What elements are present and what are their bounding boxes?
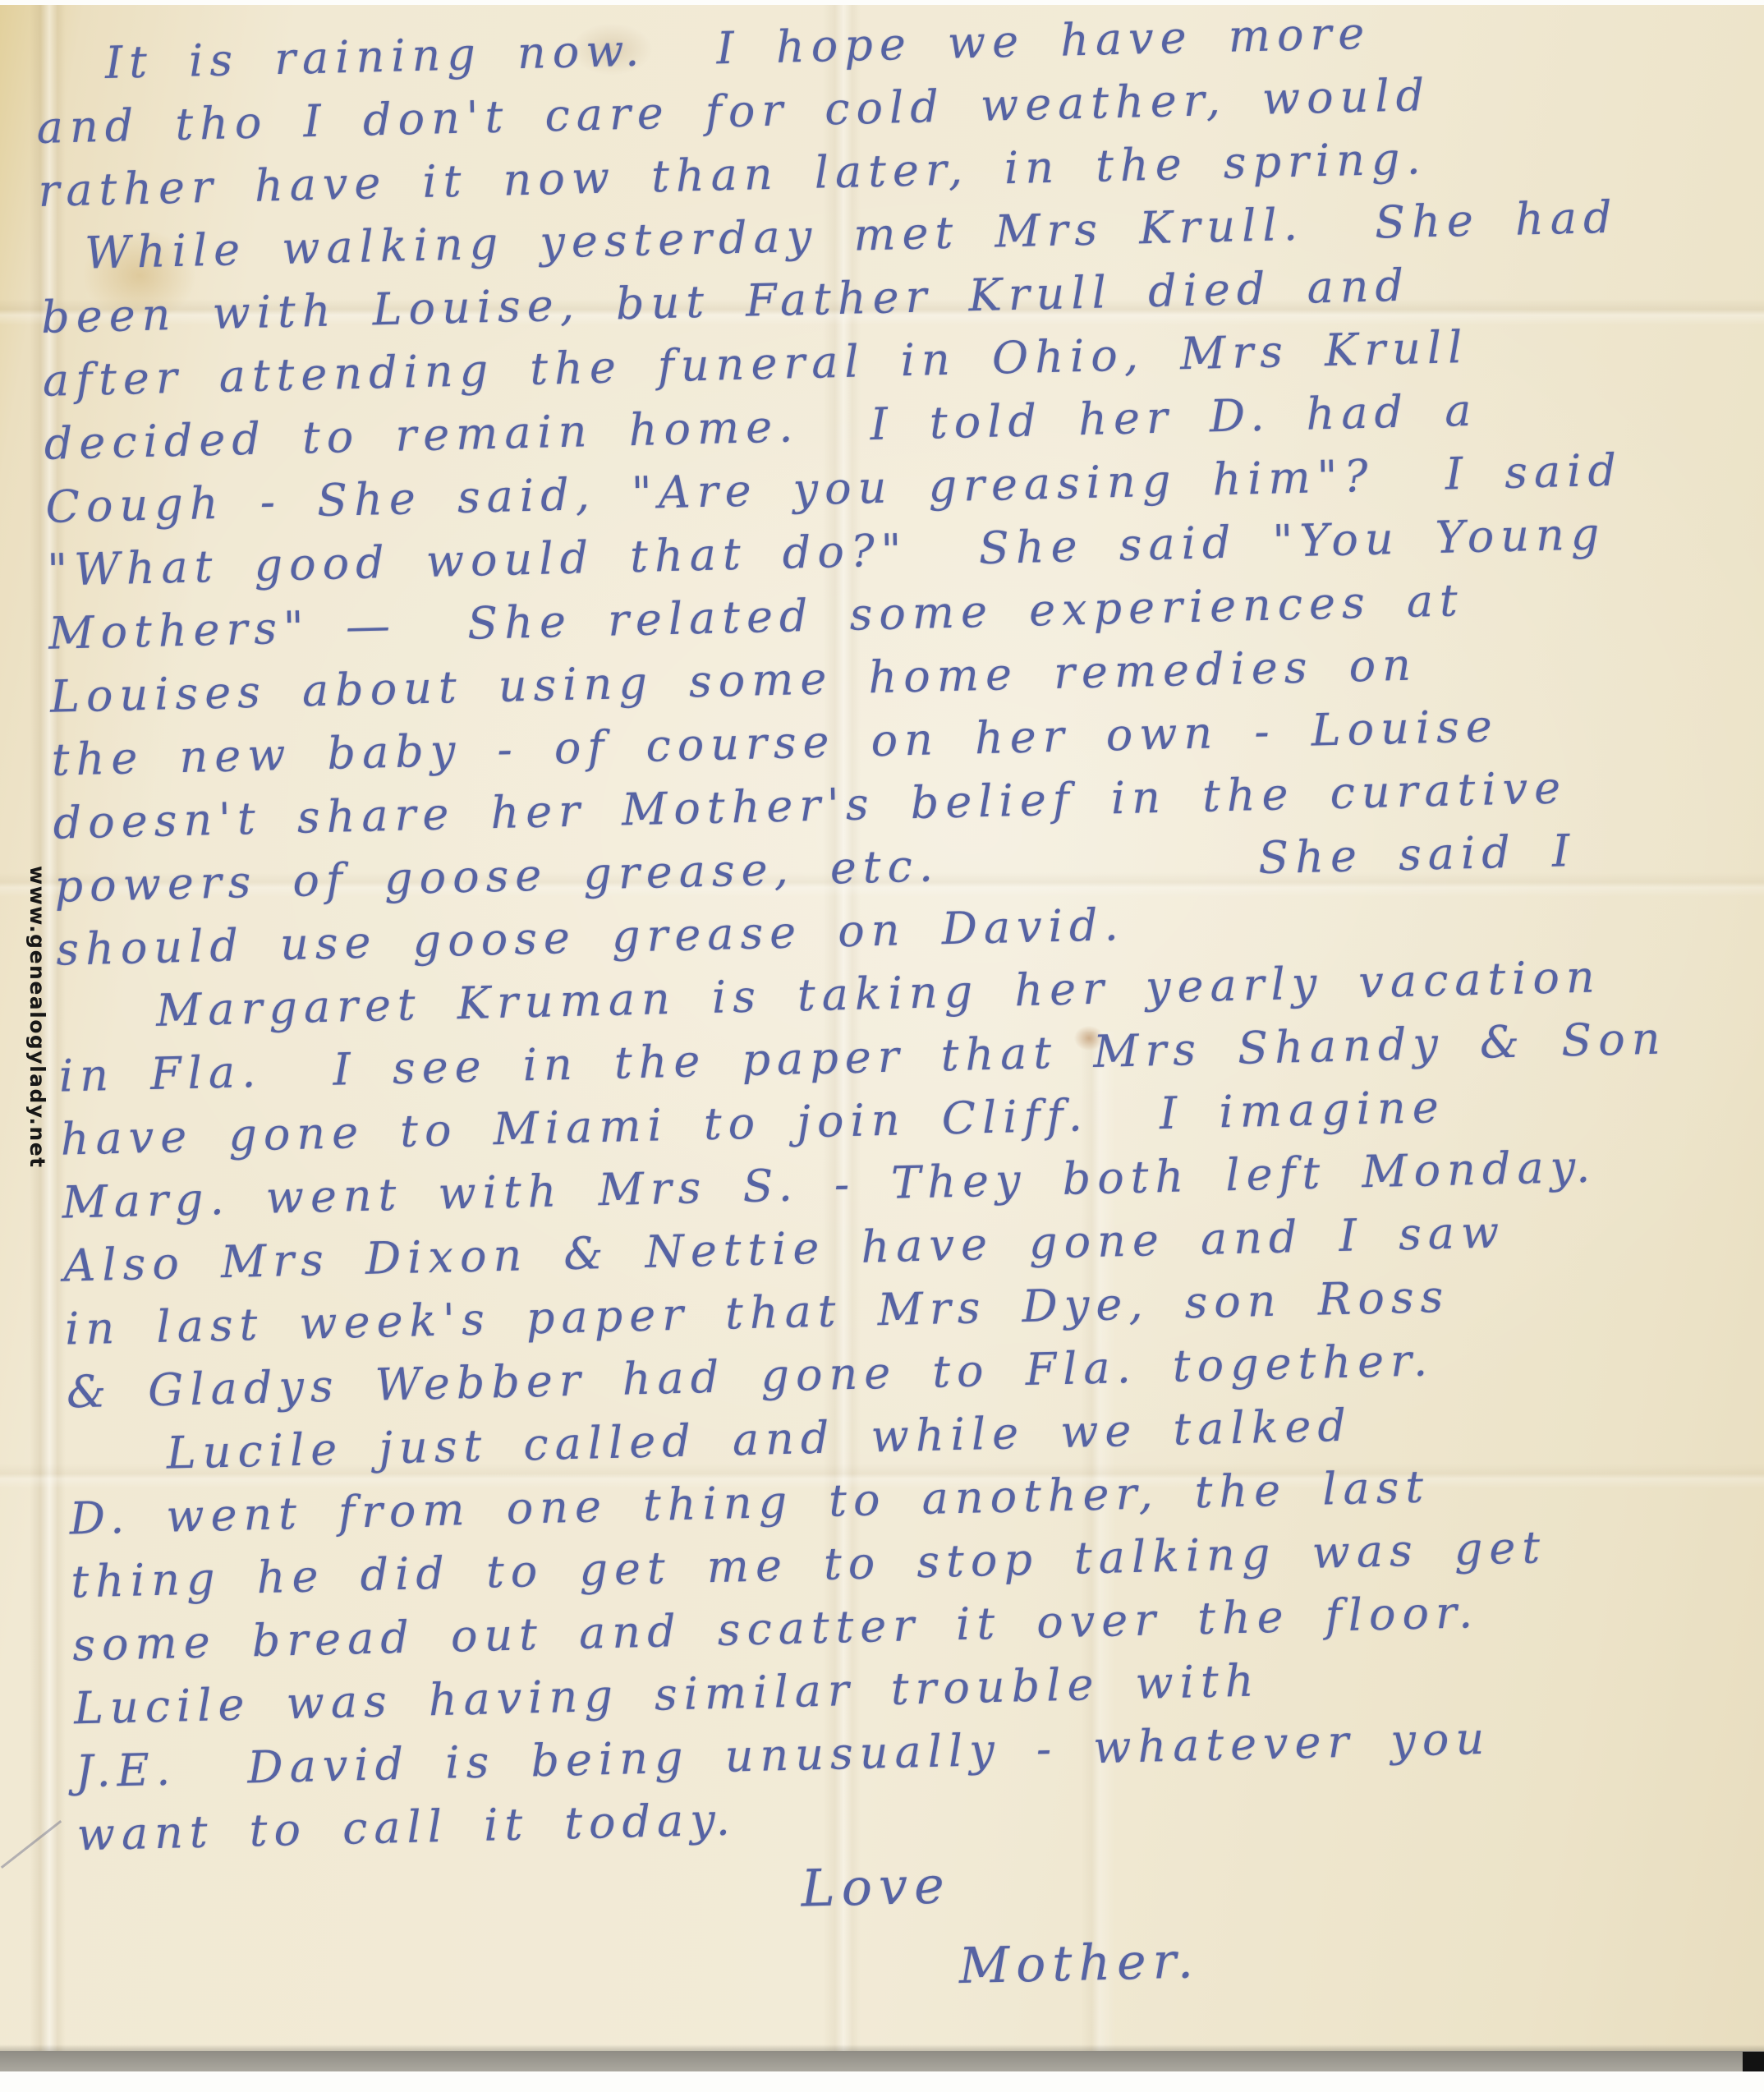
paragraph-mrs-krull: While walking yesterday met Mrs Krull. S… bbox=[39, 182, 1764, 982]
letter-body: It is raining now. I hope we have more a… bbox=[34, 0, 1764, 2029]
scanner-corner-mark bbox=[1743, 2052, 1764, 2071]
scanner-bed-strip bbox=[0, 2051, 1764, 2071]
letter-paper: www.genealogylady.net It is raining now.… bbox=[0, 5, 1764, 2071]
paragraph-lucile-call: Lucile just called and while we talked D… bbox=[67, 1383, 1764, 1866]
pencil-mark-bottom-left bbox=[1, 1820, 62, 1869]
letter-scan: www.genealogylady.net It is raining now.… bbox=[0, 0, 1764, 2092]
paragraph-florida-news: Margaret Kruman is taking her yearly vac… bbox=[57, 941, 1764, 1424]
watermark: www.genealogylady.net bbox=[25, 866, 49, 1169]
